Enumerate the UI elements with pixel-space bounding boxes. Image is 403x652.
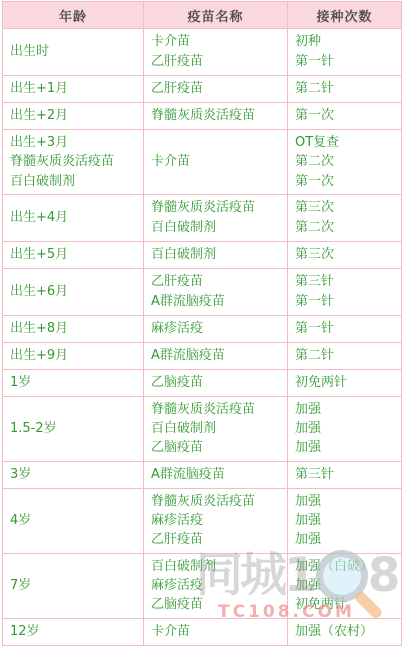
vaccine-cell-line: 乙脑疫苗 xyxy=(151,373,280,393)
age-cell-line: 1.5-2岁 xyxy=(10,419,136,439)
dose-cell: 第二针 xyxy=(288,76,402,103)
table-row: 出生+1月乙肝疫苗第二针 xyxy=(3,76,402,103)
dose-cell: 第一针 xyxy=(288,315,402,342)
table-row: 1岁乙脑疫苗初免两针 xyxy=(3,369,402,396)
age-cell: 出生时 xyxy=(3,29,144,76)
dose-cell: 第三次第二次 xyxy=(288,194,402,241)
vaccine-cell-line: 乙肝疫苗 xyxy=(151,79,280,99)
dose-cell-line: 第一针 xyxy=(295,292,394,312)
table-row: 7岁百白破制剂麻疹活疫乙脑疫苗加强（白破）加强初免两针 xyxy=(3,553,402,618)
dose-cell-line: 加强 xyxy=(295,576,394,595)
age-cell: 出生+1月 xyxy=(3,76,144,103)
vaccine-cell-line: 乙脑疫苗 xyxy=(151,595,280,614)
age-cell-line: 出生+5月 xyxy=(10,245,136,265)
table-row: 12岁卡介苗加强（农村） xyxy=(3,618,402,645)
dose-cell: OT复查第二次第一次 xyxy=(288,130,402,195)
dose-cell-line: 第三针 xyxy=(295,272,394,292)
dose-cell-line: 第一次 xyxy=(295,106,394,126)
dose-cell-line: 第三次 xyxy=(295,245,394,265)
age-cell-line: 出生+9月 xyxy=(10,346,136,366)
dose-cell-line: 加强 xyxy=(295,530,394,549)
column-header-dose-count: 接种次数 xyxy=(288,2,402,29)
age-cell: 1岁 xyxy=(3,369,144,396)
vaccine-cell: 乙脑疫苗 xyxy=(144,369,288,396)
age-cell: 7岁 xyxy=(3,553,144,618)
vaccine-cell: 脊髓灰质炎活疫苗麻疹活疫乙肝疫苗 xyxy=(144,488,288,553)
vaccine-cell-line: 麻疹活疫 xyxy=(151,319,280,339)
vaccine-cell: 乙肝疫苗 xyxy=(144,76,288,103)
vaccine-cell: 脊髓灰质炎活疫苗百白破制剂 xyxy=(144,194,288,241)
age-cell-line: 出生+4月 xyxy=(10,208,136,228)
dose-cell-line: 第二针 xyxy=(295,79,394,99)
age-cell-line: 7岁 xyxy=(10,576,136,596)
vaccination-schedule-table: 年龄 疫苗名称 接种次数 出生时卡介苗乙肝疫苗初种第一针出生+1月乙肝疫苗第二针… xyxy=(2,1,402,646)
dose-cell: 第一次 xyxy=(288,103,402,130)
age-cell-line: 12岁 xyxy=(10,622,136,642)
vaccine-cell-line: 脊髓灰质炎活疫苗 xyxy=(151,106,280,126)
table-row: 出生时卡介苗乙肝疫苗初种第一针 xyxy=(3,29,402,76)
age-cell: 12岁 xyxy=(3,618,144,645)
dose-cell-line: 加强（白破） xyxy=(295,557,394,576)
dose-cell-line: 加强（农村） xyxy=(295,622,394,642)
age-cell: 出生+5月 xyxy=(3,241,144,268)
vaccine-cell-line: 卡介苗 xyxy=(151,32,280,52)
dose-cell: 加强（农村） xyxy=(288,618,402,645)
dose-cell: 加强（白破）加强初免两针 xyxy=(288,553,402,618)
column-header-vaccine-name: 疫苗名称 xyxy=(144,2,288,29)
table-row: 出生+4月脊髓灰质炎活疫苗百白破制剂第三次第二次 xyxy=(3,194,402,241)
table-row: 出生+6月乙肝疫苗A群流脑疫苗第三针第一针 xyxy=(3,268,402,315)
age-cell-line: 出生+3月 xyxy=(10,133,136,152)
dose-cell-line: 第一针 xyxy=(295,52,394,72)
age-cell-line: 出生+1月 xyxy=(10,79,136,99)
age-cell: 出生+9月 xyxy=(3,342,144,369)
vaccination-schedule-page: 年龄 疫苗名称 接种次数 出生时卡介苗乙肝疫苗初种第一针出生+1月乙肝疫苗第二针… xyxy=(0,0,403,652)
vaccine-cell-line: 麻疹活疫 xyxy=(151,576,280,595)
vaccine-cell-line: 百白破制剂 xyxy=(151,218,280,238)
dose-cell-line: 第三次 xyxy=(295,198,394,218)
header-row: 年龄 疫苗名称 接种次数 xyxy=(3,2,402,29)
age-cell: 出生+6月 xyxy=(3,268,144,315)
vaccine-cell: 百白破制剂麻疹活疫乙脑疫苗 xyxy=(144,553,288,618)
age-cell-line: 3岁 xyxy=(10,465,136,485)
dose-cell-line: 初免两针 xyxy=(295,373,394,393)
age-cell: 4岁 xyxy=(3,488,144,553)
vaccine-cell-line: 脊髓灰质炎活疫苗 xyxy=(151,198,280,218)
dose-cell-line: 初种 xyxy=(295,32,394,52)
dose-cell: 初免两针 xyxy=(288,369,402,396)
vaccine-cell-line: 卡介苗 xyxy=(151,152,280,172)
age-cell-line: 出生+8月 xyxy=(10,319,136,339)
vaccine-cell: 卡介苗乙肝疫苗 xyxy=(144,29,288,76)
table-row: 出生+2月脊髓灰质炎活疫苗第一次 xyxy=(3,103,402,130)
table-row: 3岁A群流脑疫苗第三针 xyxy=(3,461,402,488)
table-row: 1.5-2岁脊髓灰质炎活疫苗百白破制剂乙脑疫苗加强加强加强 xyxy=(3,396,402,461)
dose-cell-line: 第二次 xyxy=(295,152,394,171)
vaccine-cell-line: 乙肝疫苗 xyxy=(151,530,280,549)
dose-cell-line: 加强 xyxy=(295,511,394,530)
dose-cell-line: 加强 xyxy=(295,419,394,438)
age-cell: 出生+8月 xyxy=(3,315,144,342)
vaccine-cell-line: 脊髓灰质炎活疫苗 xyxy=(151,400,280,419)
age-cell: 出生+3月脊髓灰质炎活疫苗百白破制剂 xyxy=(3,130,144,195)
vaccine-cell: A群流脑疫苗 xyxy=(144,461,288,488)
dose-cell: 第三针 xyxy=(288,461,402,488)
vaccine-cell: 百白破制剂 xyxy=(144,241,288,268)
vaccine-cell: 脊髓灰质炎活疫苗 xyxy=(144,103,288,130)
vaccine-cell-line: 卡介苗 xyxy=(151,622,280,642)
dose-cell-line: 加强 xyxy=(295,492,394,511)
dose-cell: 加强加强加强 xyxy=(288,396,402,461)
dose-cell-line: 加强 xyxy=(295,438,394,457)
vaccine-cell: 卡介苗 xyxy=(144,618,288,645)
dose-cell: 初种第一针 xyxy=(288,29,402,76)
dose-cell-line: OT复查 xyxy=(295,133,394,152)
age-cell: 出生+4月 xyxy=(3,194,144,241)
vaccine-cell-line: 百白破制剂 xyxy=(151,245,280,265)
vaccine-cell-line: A群流脑疫苗 xyxy=(151,346,280,366)
age-cell-line: 脊髓灰质炎活疫苗 xyxy=(10,152,136,171)
vaccine-cell-line: 乙肝疫苗 xyxy=(151,52,280,72)
age-cell-line: 4岁 xyxy=(10,511,136,531)
dose-cell-line: 第一次 xyxy=(295,172,394,191)
dose-cell: 第三次 xyxy=(288,241,402,268)
vaccine-cell-line: A群流脑疫苗 xyxy=(151,292,280,312)
age-cell-line: 出生+6月 xyxy=(10,282,136,302)
dose-cell: 第二针 xyxy=(288,342,402,369)
vaccine-cell-line: 乙肝疫苗 xyxy=(151,272,280,292)
table-row: 出生+3月脊髓灰质炎活疫苗百白破制剂卡介苗OT复查第二次第一次 xyxy=(3,130,402,195)
dose-cell-line: 第一针 xyxy=(295,319,394,339)
vaccine-cell-line: 百白破制剂 xyxy=(151,419,280,438)
vaccine-cell: 卡介苗 xyxy=(144,130,288,195)
vaccine-cell-line: 百白破制剂 xyxy=(151,557,280,576)
table-row: 出生+8月麻疹活疫第一针 xyxy=(3,315,402,342)
dose-cell-line: 初免两针 xyxy=(295,595,394,614)
vaccine-cell-line: 麻疹活疫 xyxy=(151,511,280,530)
dose-cell-line: 第二次 xyxy=(295,218,394,238)
vaccine-cell: 麻疹活疫 xyxy=(144,315,288,342)
age-cell-line: 百白破制剂 xyxy=(10,172,136,191)
vaccine-cell-line: A群流脑疫苗 xyxy=(151,465,280,485)
age-cell-line: 出生时 xyxy=(10,42,136,62)
table-row: 出生+5月百白破制剂第三次 xyxy=(3,241,402,268)
vaccine-cell: 乙肝疫苗A群流脑疫苗 xyxy=(144,268,288,315)
age-cell: 3岁 xyxy=(3,461,144,488)
age-cell: 出生+2月 xyxy=(3,103,144,130)
age-cell-line: 1岁 xyxy=(10,373,136,393)
dose-cell: 第三针第一针 xyxy=(288,268,402,315)
dose-cell: 加强加强加强 xyxy=(288,488,402,553)
dose-cell-line: 加强 xyxy=(295,400,394,419)
dose-cell-line: 第三针 xyxy=(295,465,394,485)
vaccine-cell: 脊髓灰质炎活疫苗百白破制剂乙脑疫苗 xyxy=(144,396,288,461)
column-header-age: 年龄 xyxy=(3,2,144,29)
dose-cell-line: 第二针 xyxy=(295,346,394,366)
age-cell: 1.5-2岁 xyxy=(3,396,144,461)
vaccine-cell-line: 乙脑疫苗 xyxy=(151,438,280,457)
vaccine-cell: A群流脑疫苗 xyxy=(144,342,288,369)
table-row: 出生+9月A群流脑疫苗第二针 xyxy=(3,342,402,369)
table-row: 4岁脊髓灰质炎活疫苗麻疹活疫乙肝疫苗加强加强加强 xyxy=(3,488,402,553)
age-cell-line: 出生+2月 xyxy=(10,106,136,126)
vaccine-cell-line: 脊髓灰质炎活疫苗 xyxy=(151,492,280,511)
